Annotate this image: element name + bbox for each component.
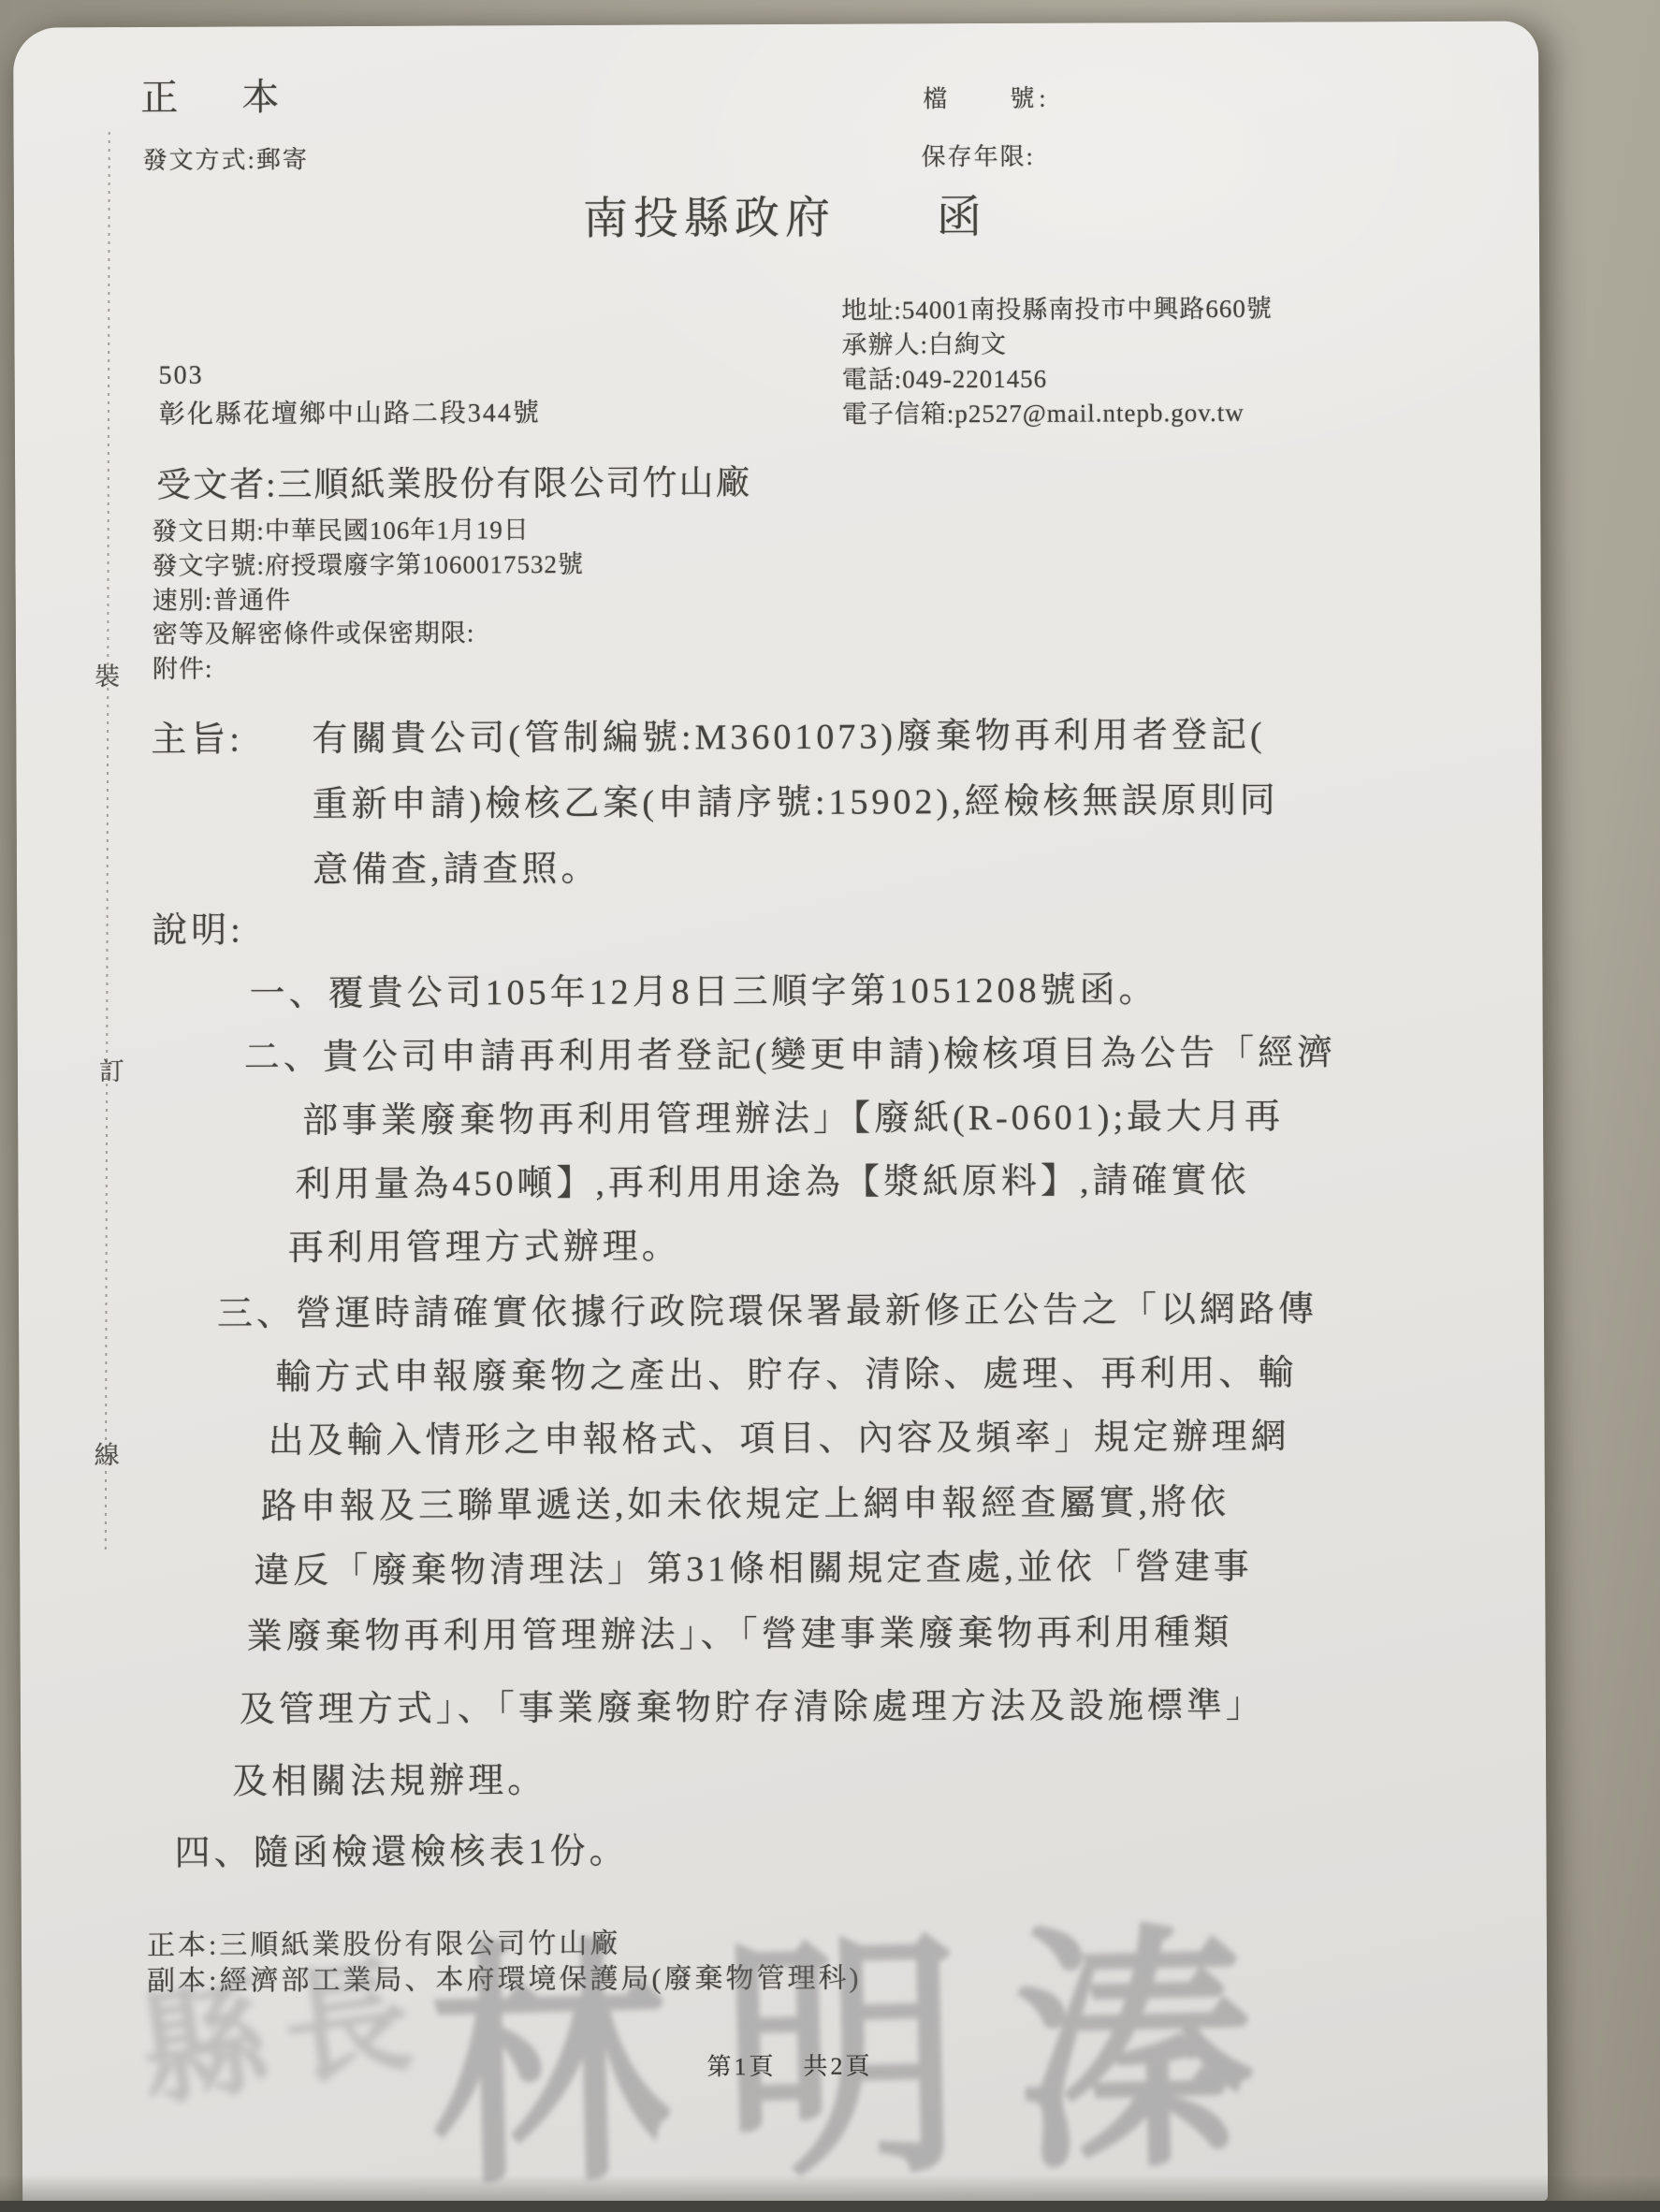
delivery-method: 發文方式:郵寄 xyxy=(143,140,309,176)
sender-email: 電子信箱:p2527@mail.ntepb.gov.tw xyxy=(842,392,1245,430)
explanation-item: 再利用管理方式辦理。 xyxy=(288,1216,681,1270)
subject-line-2: 重新申請)檢核乙案(申請序號:15902),經檢核無誤原則同 xyxy=(312,771,1278,827)
subject-line-3: 意備查,請查照。 xyxy=(313,839,601,892)
explanation-item: 及相關法規辦理。 xyxy=(232,1751,546,1803)
desk-shadow xyxy=(0,2175,1660,2203)
photo-bottom-edge xyxy=(0,2201,1660,2212)
sender-contact: 承辦人:白絢文 xyxy=(841,324,1007,361)
explanation-item: 二、貴公司申請再利用者登記(變更申請)檢核項目為公告「經濟 xyxy=(244,1023,1337,1079)
explanation-item: 出及輸入情形之申報格式、項目、內容及頻率」規定辦理網 xyxy=(268,1407,1289,1463)
recipient-name: 受文者:三順紙業股份有限公司竹山廠 xyxy=(156,454,752,507)
explanation-item: 及管理方式」、「事業廢棄物貯存清除處理方法及設施標準」 xyxy=(240,1676,1265,1732)
file-number-label: 檔 號: xyxy=(923,80,1050,115)
explanation-item: 四、隨函檢還檢核表1份。 xyxy=(174,1822,628,1875)
speed-class: 速別:普通件 xyxy=(153,579,292,617)
explanation-item: 違反「廢棄物清理法」第31條相關規定查處,並依「營建事 xyxy=(254,1537,1253,1594)
security-class: 密等及解密條件或保密期限: xyxy=(153,612,475,650)
explanation-item: 三、營運時請確實依據行政院環保署最新修正公告之「以網路傳 xyxy=(217,1279,1318,1335)
recipient-address: 彰化縣花壇鄉中山路二段344號 xyxy=(159,392,541,431)
binding-mark-ding: 訂 xyxy=(99,1051,124,1087)
binding-mark-xian: 線 xyxy=(95,1434,120,1471)
binding-dotted-line xyxy=(105,132,110,1550)
retention-label: 保存年限: xyxy=(922,138,1035,173)
copy-type-label: 正 本 xyxy=(140,67,292,122)
page-number: 第1頁 共2頁 xyxy=(706,2047,872,2083)
explanation-item: 利用量為450噸】,再利用用途為【漿紙原料】,請確實依 xyxy=(295,1151,1249,1206)
document-title: 南投縣政府 函 xyxy=(583,181,987,247)
explanation-item: 輸方式申報廢棄物之產出、貯存、清除、處理、再利用、輸 xyxy=(275,1344,1297,1400)
subject-label: 主旨: xyxy=(151,709,243,761)
sender-address: 地址:54001南投縣南投市中興路660號 xyxy=(841,288,1273,327)
explanation-item: 路申報及三聯單遞送,如未依規定上網申報經查屬實,將依 xyxy=(261,1473,1230,1529)
document-paper: 裝 訂 線 正 本 發文方式:郵寄 檔 號: 保存年限: 南投縣政府 函 地址:… xyxy=(13,21,1548,2207)
explanation-label: 說明: xyxy=(152,900,244,952)
issue-date: 發文日期:中華民國106年1月19日 xyxy=(152,509,530,547)
doc-number: 發文字號:府授環廢字第1060017532號 xyxy=(152,544,584,582)
sender-phone: 電話:049-2201456 xyxy=(842,358,1048,396)
binding-mark-zhuang: 裝 xyxy=(95,656,120,692)
attachment-label: 附件: xyxy=(153,648,213,685)
recipient-postal-code: 503 xyxy=(159,361,204,391)
explanation-item: 一、覆貴公司105年12月8日三順字第1051208號函。 xyxy=(249,960,1158,1015)
subject-line-1: 有關貴公司(管制編號:M3601073)廢棄物再利用者登記( xyxy=(312,706,1266,761)
photo-background: 裝 訂 線 正 本 發文方式:郵寄 檔 號: 保存年限: 南投縣政府 函 地址:… xyxy=(0,0,1660,2212)
explanation-item: 部事業廢棄物再利用管理辦法」【廢紙(R-0601);最大月再 xyxy=(302,1087,1284,1143)
explanation-item: 業廢棄物再利用管理辦法」、「營建事業廢棄物再利用種類 xyxy=(246,1603,1232,1659)
